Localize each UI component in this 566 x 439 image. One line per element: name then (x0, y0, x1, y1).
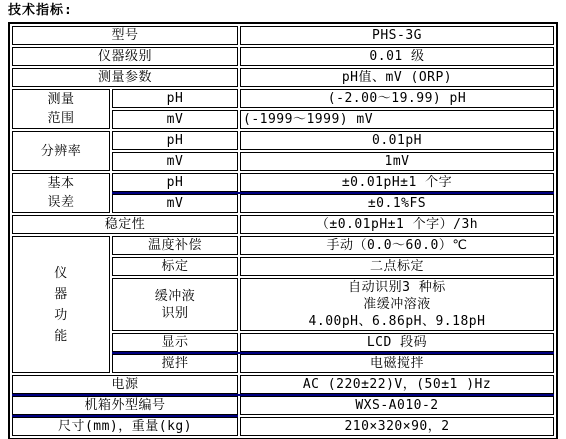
row-params: 测量参数 pH值、mV (ORP) (12, 68, 554, 87)
row-basic-error-ph-value: ±0.01pH±1 个字 (240, 173, 554, 192)
group-range-label: 测量 范围 (12, 89, 110, 129)
row-params-value: pH值、mV (ORP) (240, 68, 554, 87)
row-display-value: LCD 段码 (240, 333, 554, 352)
row-range-mv: mV (-1999～1999) mV (112, 110, 554, 129)
row-basic-error-ph: pH ±0.01pH±1 个字 (112, 173, 554, 192)
row-resolution-mv-label: mV (112, 152, 238, 171)
row-model: 型号 PHS-3G (12, 26, 554, 45)
group-functions: 仪 器 功 能 温度补偿 手动（0.0～60.0）℃ 标定 二点标定 缓冲液 识… (12, 236, 554, 373)
row-stirring: 搅拌 电磁搅拌 (112, 354, 554, 373)
row-resolution-ph-label: pH (112, 131, 238, 150)
group-functions-rows: 温度补偿 手动（0.0～60.0）℃ 标定 二点标定 缓冲液 识别 自动识别3 … (112, 236, 554, 373)
row-resolution-mv: mV 1mV (112, 152, 554, 171)
row-params-label: 测量参数 (12, 68, 238, 87)
row-calibration-value: 二点标定 (240, 257, 554, 276)
row-basic-error-mv-value: ±0.1%FS (240, 194, 554, 213)
row-dimensions-value: 210×320×90，2 (240, 417, 554, 436)
row-range-mv-label: mV (112, 110, 238, 129)
row-case-no-value: WXS-A010-2 (240, 396, 554, 415)
row-dimensions-label: 尺寸(mm)，重量(kg) (12, 417, 238, 436)
group-basic-error-label: 基本 误差 (12, 173, 110, 213)
row-power-label: 电源 (12, 375, 238, 394)
group-resolution-rows: pH 0.01pH mV 1mV (112, 131, 554, 171)
row-case-no-label: 机箱外型编号 (12, 396, 238, 415)
row-calibration-label: 标定 (112, 257, 238, 276)
row-stirring-label: 搅拌 (112, 354, 238, 373)
row-power-value: AC (220±22)V，(50±1 )Hz (240, 375, 554, 394)
row-range-ph-value: (-2.00～19.99) pH (240, 89, 554, 108)
group-range: 测量 范围 pH (-2.00～19.99) pH mV (-1999～1999… (12, 89, 554, 129)
group-range-rows: pH (-2.00～19.99) pH mV (-1999～1999) mV (112, 89, 554, 129)
row-model-value: PHS-3G (240, 26, 554, 45)
spec-table: 型号 PHS-3G 仪器级别 0.01 级 测量参数 pH值、mV (ORP) … (8, 22, 558, 439)
group-basic-error: 基本 误差 pH ±0.01pH±1 个字 mV ±0.1%FS (12, 173, 554, 213)
row-basic-error-mv: mV ±0.1%FS (112, 194, 554, 213)
page: 技术指标: 型号 PHS-3G 仪器级别 0.01 级 测量参数 pH值、mV … (0, 0, 566, 439)
row-calibration: 标定 二点标定 (112, 257, 554, 276)
row-temp-compensation-label: 温度补偿 (112, 236, 238, 255)
group-resolution: 分辨率 pH 0.01pH mV 1mV (12, 131, 554, 171)
row-stability-label: 稳定性 (12, 215, 238, 234)
row-power: 电源 AC (220±22)V，(50±1 )Hz (12, 375, 554, 394)
row-stability-value: （±0.01pH±1 个字）/3h (240, 215, 554, 234)
row-basic-error-ph-label: pH (112, 173, 238, 192)
row-buffer-recognition-value: 自动识别3 种标 准缓冲溶液 4.00pH、6.86pH、9.18pH (240, 278, 554, 331)
row-grade-label: 仪器级别 (12, 47, 238, 66)
row-grade-value: 0.01 级 (240, 47, 554, 66)
group-basic-error-rows: pH ±0.01pH±1 个字 mV ±0.1%FS (112, 173, 554, 213)
row-model-label: 型号 (12, 26, 238, 45)
row-resolution-ph: pH 0.01pH (112, 131, 554, 150)
row-basic-error-mv-label: mV (112, 194, 238, 213)
row-buffer-recognition: 缓冲液 识别 自动识别3 种标 准缓冲溶液 4.00pH、6.86pH、9.18… (112, 278, 554, 331)
row-temp-compensation-value: 手动（0.0～60.0）℃ (240, 236, 554, 255)
row-stirring-value: 电磁搅拌 (240, 354, 554, 373)
row-temp-compensation: 温度补偿 手动（0.0～60.0）℃ (112, 236, 554, 255)
row-resolution-mv-value: 1mV (240, 152, 554, 171)
row-range-ph-label: pH (112, 89, 238, 108)
row-dimensions: 尺寸(mm)，重量(kg) 210×320×90，2 (12, 417, 554, 436)
row-case-no: 机箱外型编号 WXS-A010-2 (12, 396, 554, 415)
row-buffer-recognition-label: 缓冲液 识别 (112, 278, 238, 331)
group-resolution-label: 分辨率 (12, 131, 110, 171)
row-range-ph: pH (-2.00～19.99) pH (112, 89, 554, 108)
row-display-label: 显示 (112, 333, 238, 352)
group-functions-label: 仪 器 功 能 (12, 236, 110, 373)
row-display: 显示 LCD 段码 (112, 333, 554, 352)
row-range-mv-value: (-1999～1999) mV (240, 110, 554, 129)
page-title: 技术指标: (8, 3, 558, 19)
row-grade: 仪器级别 0.01 级 (12, 47, 554, 66)
row-resolution-ph-value: 0.01pH (240, 131, 554, 150)
row-stability: 稳定性 （±0.01pH±1 个字）/3h (12, 215, 554, 234)
